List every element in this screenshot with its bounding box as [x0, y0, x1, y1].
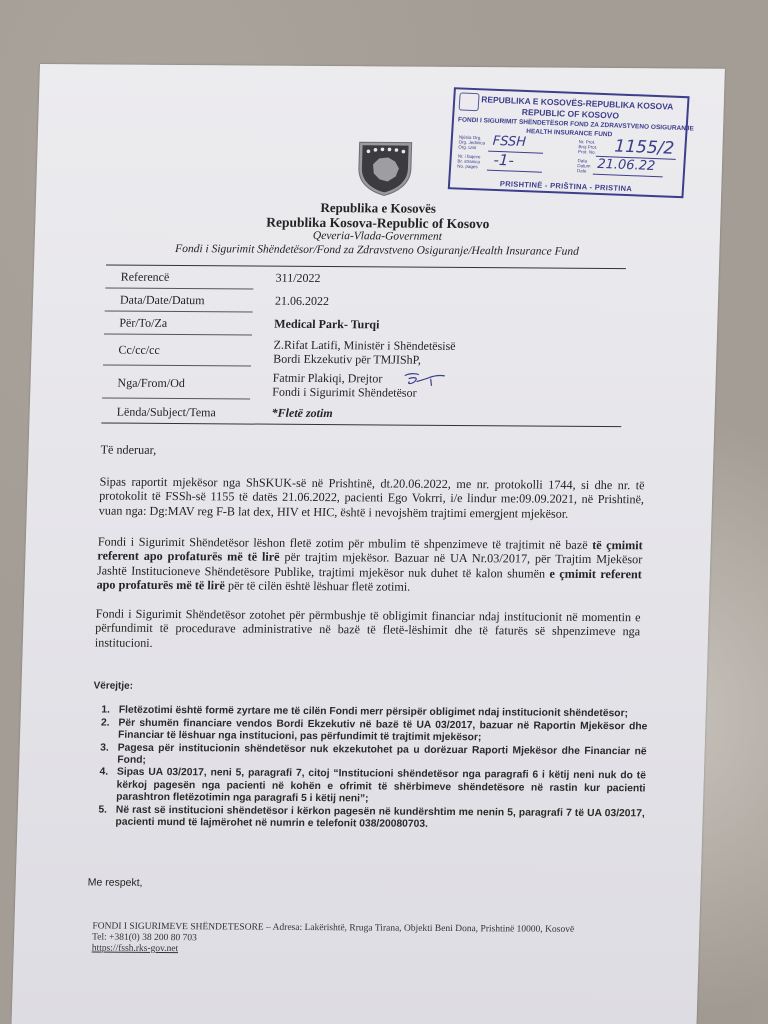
stamp-date-value: 21.06.22	[597, 157, 656, 174]
signature-icon	[400, 370, 447, 390]
note-item: Për shumën financiare vendos Bordi Ekzek…	[112, 717, 648, 746]
p2-text-c: për të cilën është lëshuar fletë zotimi.	[225, 578, 411, 593]
coat-of-arms-icon	[354, 138, 416, 196]
from-value-2: Fondi i Sigurimit Shëndetësor	[272, 385, 417, 400]
stamp-place: PRISHTINË - PRIŠTINA - PRISTINA	[450, 177, 682, 195]
note-item: Sipas UA 03/2017, neni 5, paragrafi 7, c…	[110, 767, 646, 808]
stamp-pages-labels: Nr. i faqeve Br. stranica No. pages	[457, 153, 481, 169]
stamp-prot-value: 1155/2	[614, 136, 675, 158]
note-item: Në rast së institucioni shëndetësor i kë…	[109, 804, 645, 833]
note-item: Pagesa për institucionin shëndetësor nuk…	[111, 742, 647, 771]
subject-label: Lënda/Subject/Tema	[101, 400, 250, 423]
subject-value: *Fletë zotim	[249, 402, 333, 425]
notes-title: Vërejtje:	[93, 680, 648, 696]
from-label: Nga/From/Od	[102, 367, 251, 399]
stamp-date-labels: Data Datum Date	[577, 158, 591, 173]
stamp-prot-labels: Nr. Prot. Broj Prot. Prot. No.	[578, 139, 598, 155]
footer: FONDI I SIGURIMEVE SHËNDETESORE – Adresa…	[92, 922, 575, 958]
body-paragraph-3: Fondi i Sigurimit Shëndetësor zotohet pë…	[95, 606, 641, 653]
date-label: Data/Date/Datum	[105, 288, 254, 312]
reference-value: 311/2022	[253, 267, 321, 290]
meta-row-subject: Lënda/Subject/Tema *Fletë zotim	[101, 400, 622, 426]
closing: Me respekt,	[88, 876, 143, 888]
footer-url-link[interactable]: https://fssh.rks-gov.net	[92, 944, 574, 958]
reference-label: Referencë	[105, 265, 254, 289]
to-value: Medical Park- Turqi	[252, 313, 380, 337]
letter-page: REPUBLIKA E KOSOVËS-REPUBLIKA KOSOVA REP…	[12, 64, 725, 1024]
cc-label: Cc/cc/cc	[103, 334, 252, 366]
from-value-1: Fatmir Plakiqi, Drejtor	[272, 371, 417, 386]
cc-value-1: Z.Rifat Latifi, Ministër i Shëndetësisë	[273, 338, 455, 353]
registry-stamp: REPUBLIKA E KOSOVËS-REPUBLIKA KOSOVA REP…	[448, 87, 690, 198]
salutation: Të nderuar,	[100, 442, 645, 460]
cc-value-2: Bordi Ekzekutiv për TMJIShP,	[273, 352, 455, 367]
body-paragraph-2: Fondi i Sigurimit Shëndetësor lëshon fle…	[96, 534, 643, 595]
to-label: Për/To/Za	[104, 311, 253, 335]
stamp-org-labels: Njësia Org. Org. Jedinica Org. Unit	[458, 134, 485, 150]
meta-row-cc: Cc/cc/cc Z.Rifat Latifi, Ministër i Shën…	[103, 334, 624, 371]
meta-row-from: Nga/From/Od Fatmir Plakiqi, Drejtor Fond…	[102, 367, 623, 404]
header-line-4: Fondi i Sigurimit Shëndetësor/Fond za Zd…	[34, 242, 719, 259]
stamp-org-value: FSSH	[492, 134, 526, 150]
body-paragraph-1: Sipas raportit mjekësor nga ShSKUK-së në…	[99, 474, 645, 521]
notes-section: Vërejtje: Fletëzotimi është formë zyrtar…	[89, 680, 648, 832]
letter-meta-table: Referencë 311/2022 Data/Date/Datum 21.06…	[101, 264, 626, 427]
stamp-pages-value: -1-	[493, 151, 514, 170]
notes-list: Fletëzotimi është formë zyrtare me të ci…	[89, 705, 648, 833]
date-value: 21.06.2022	[253, 290, 330, 314]
